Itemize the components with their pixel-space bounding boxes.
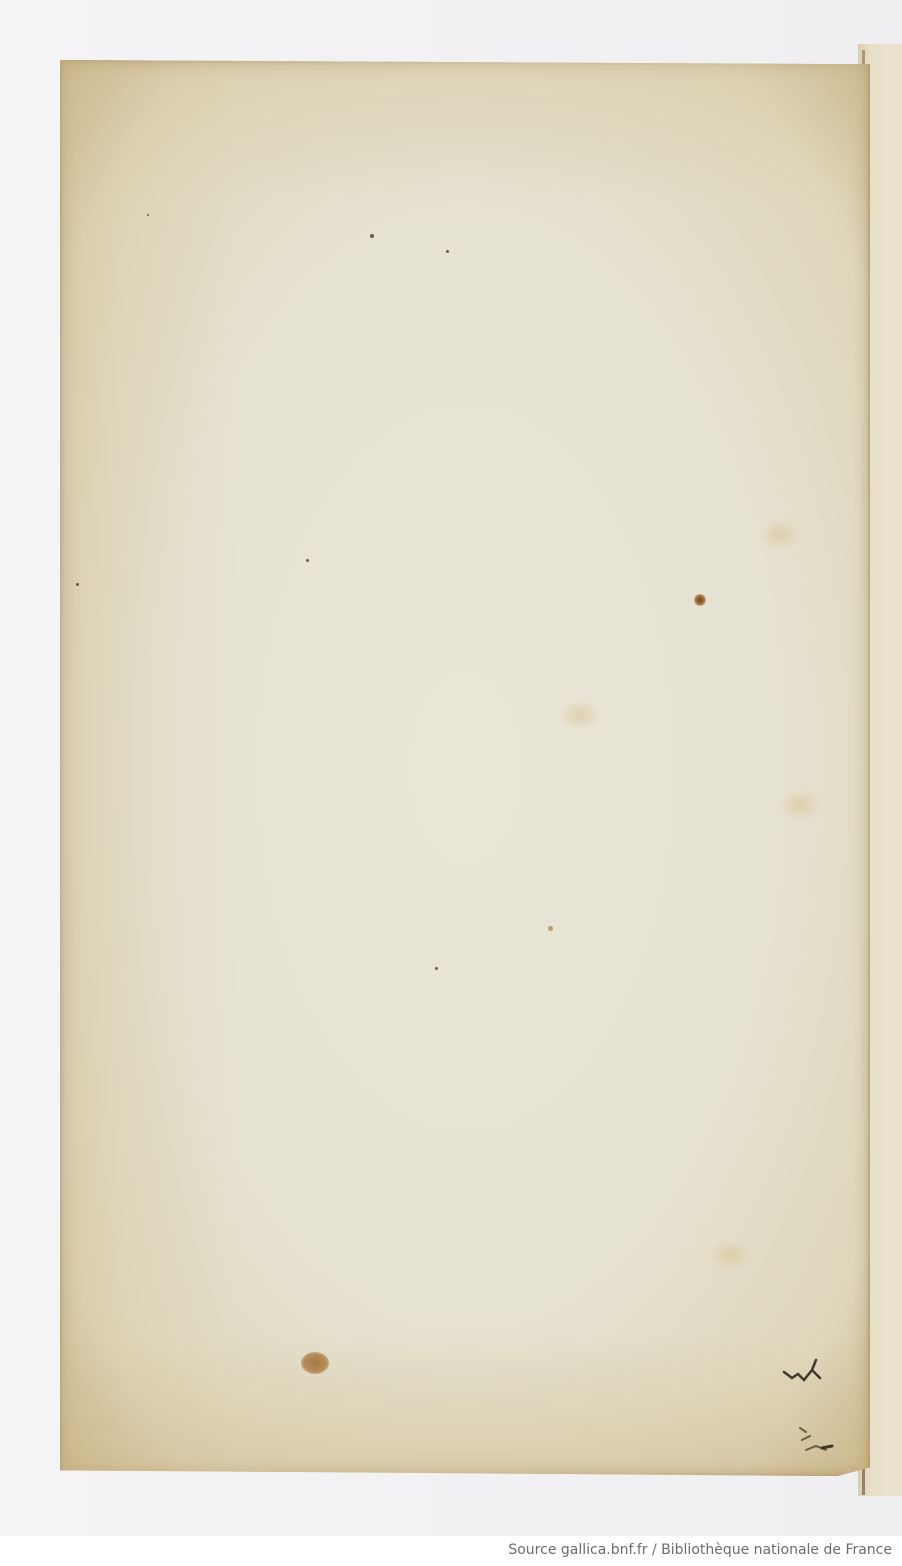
speck bbox=[76, 583, 79, 586]
water-stain bbox=[780, 790, 820, 820]
page-edge-discoloration bbox=[60, 60, 870, 1476]
foxing-spot bbox=[301, 1352, 329, 1374]
speck bbox=[435, 967, 438, 970]
footer-bar: Source gallica.bnf.fr / Bibliothèque nat… bbox=[0, 1536, 902, 1566]
water-stain bbox=[710, 1240, 750, 1270]
ink-marks bbox=[782, 1350, 842, 1460]
blank-page-leaf bbox=[60, 60, 870, 1476]
foxing-spot bbox=[694, 594, 706, 606]
water-stain bbox=[760, 520, 800, 550]
scan-viewer: Source gallica.bnf.fr / Bibliothèque nat… bbox=[0, 0, 902, 1566]
speck bbox=[370, 234, 374, 238]
speck bbox=[306, 559, 309, 562]
speck bbox=[548, 926, 553, 931]
source-credit: Source gallica.bnf.fr / Bibliothèque nat… bbox=[508, 1542, 892, 1558]
speck bbox=[147, 214, 149, 216]
speck bbox=[446, 250, 449, 253]
water-stain bbox=[560, 700, 600, 730]
